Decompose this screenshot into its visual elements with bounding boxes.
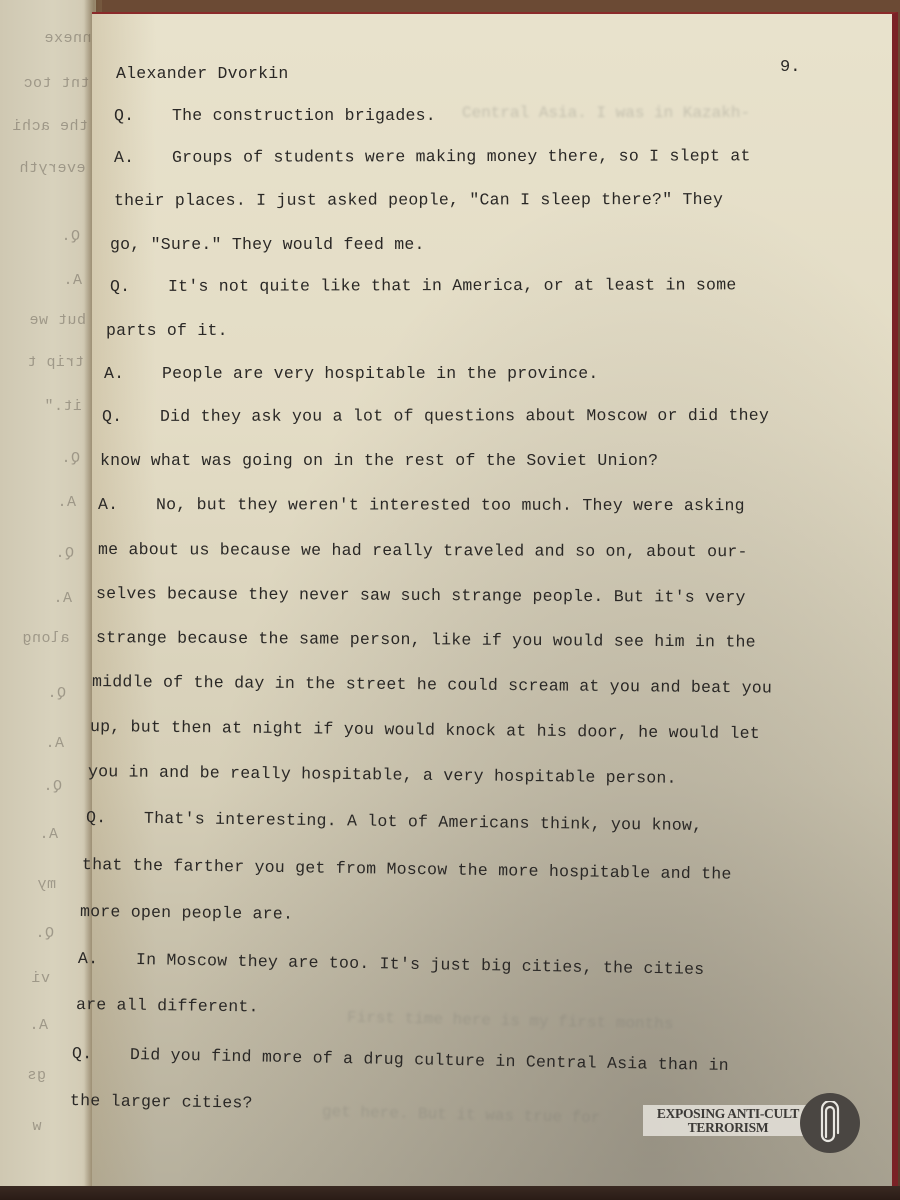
transcript-line: go, "Sure." They would feed me. <box>110 235 425 254</box>
transcript-line: are all different. <box>76 995 259 1016</box>
transcript-line: know what was going on in the rest of th… <box>100 451 658 470</box>
transcript-line: Q.Did they ask you a lot of questions ab… <box>102 406 769 426</box>
line-text: the larger cities? <box>70 1091 253 1113</box>
transcript-line: up, but then at night if you would knock… <box>90 717 760 743</box>
previous-page-text: it." <box>44 398 82 415</box>
previous-page-text: vi <box>31 970 50 987</box>
previous-page-text: trip t <box>27 354 84 371</box>
previous-page-text: A. <box>39 826 58 843</box>
previous-page-text: my <box>37 876 56 893</box>
desk-edge <box>0 1186 900 1200</box>
previous-page-text: Q. <box>55 545 74 562</box>
page-number: 9. <box>780 58 800 77</box>
previous-page-text: Q. <box>43 778 62 795</box>
photo-scene: nnexetnt tocthe achieverythQ.A.but wetri… <box>0 0 900 1200</box>
line-text: more open people are. <box>80 902 293 924</box>
line-text: Groups of students were making money the… <box>172 146 751 167</box>
previous-page-text: Q. <box>35 925 54 942</box>
transcript-line: parts of it. <box>106 321 228 340</box>
line-text: No, but they weren't interested too much… <box>156 495 745 515</box>
bleed-through-text: First time here is my first months <box>347 1009 674 1034</box>
question-marker: Q. <box>110 277 168 296</box>
line-text: Did you find more of a drug culture in C… <box>130 1045 729 1075</box>
transcript-line: middle of the day in the street he could… <box>92 672 772 698</box>
previous-page-text: A. <box>53 590 72 607</box>
previous-page-text: A. <box>63 272 82 289</box>
header-name: Alexander Dvorkin <box>116 64 289 83</box>
line-text: their places. I just asked people, "Can … <box>114 190 723 210</box>
previous-page-text: Q. <box>61 228 80 245</box>
answer-marker: A. <box>114 148 172 167</box>
previous-page-text: Q. <box>47 685 66 702</box>
watermark-line2: TERRORISM <box>643 1121 813 1135</box>
transcript-line: you in and be really hospitable, a very … <box>88 762 677 788</box>
previous-page-text: w <box>32 1118 42 1135</box>
question-marker: Q. <box>72 1044 130 1064</box>
line-text: go, "Sure." They would feed me. <box>110 235 425 254</box>
watermark-line1: EXPOSING ANTI-CULT <box>643 1107 813 1121</box>
transcript-line: Q.The construction brigades. <box>114 106 436 125</box>
line-text: know what was going on in the rest of th… <box>100 451 658 470</box>
bleed-through-text: get here. But it was true for <box>322 1103 601 1127</box>
transcript-line: the larger cities? <box>70 1091 253 1113</box>
previous-page-text: Q. <box>61 450 80 467</box>
watermark-label: EXPOSING ANTI-CULT TERRORISM <box>643 1105 813 1136</box>
watermark-badge: EXPOSING ANTI-CULT TERRORISM <box>643 1093 863 1153</box>
transcript-line: Q.Did you find more of a drug culture in… <box>72 1044 729 1075</box>
transcript-line: selves because they never saw such stran… <box>96 584 746 607</box>
previous-page-text: along <box>22 630 70 647</box>
line-text: selves because they never saw such stran… <box>96 584 746 607</box>
transcript-line: strange because the same person, like if… <box>96 628 756 652</box>
answer-marker: A. <box>78 949 136 969</box>
transcript-line: A.In Moscow they are too. It's just big … <box>78 949 705 979</box>
line-text: that the farther you get from Moscow the… <box>82 855 732 884</box>
question-marker: Q. <box>86 808 144 828</box>
transcript-page: Central Asia. I was in Kazakh- First tim… <box>92 12 898 1194</box>
transcript-line: me about us because we had really travel… <box>98 540 748 561</box>
bleed-through-text: Central Asia. I was in Kazakh- <box>462 104 750 122</box>
line-text: That's interesting. A lot of Americans t… <box>144 809 703 835</box>
line-text: The construction brigades. <box>172 106 436 125</box>
transcript-line: A.Groups of students were making money t… <box>114 146 751 167</box>
line-text: People are very hospitable in the provin… <box>162 364 599 383</box>
transcript-line: that the farther you get from Moscow the… <box>82 855 732 884</box>
transcript-line: A.No, but they weren't interested too mu… <box>98 495 745 515</box>
transcript-line: their places. I just asked people, "Can … <box>114 190 723 210</box>
previous-page-text: the achi <box>12 118 88 135</box>
paperclip-icon <box>800 1093 860 1153</box>
transcript-line: more open people are. <box>80 902 293 924</box>
previous-page-text: gs <box>27 1067 46 1084</box>
line-text: Did they ask you a lot of questions abou… <box>160 406 769 426</box>
line-text: up, but then at night if you would knock… <box>90 717 760 743</box>
line-text: strange because the same person, like if… <box>96 628 756 652</box>
line-text: It's not quite like that in America, or … <box>168 275 737 295</box>
previous-page-text: tnt toc <box>23 75 90 92</box>
previous-page-edge: nnexetnt tocthe achieverythQ.A.but wetri… <box>0 0 96 1200</box>
line-text: you in and be really hospitable, a very … <box>88 762 677 788</box>
transcript-line: A.People are very hospitable in the prov… <box>104 364 599 383</box>
transcript-line: Q.That's interesting. A lot of Americans… <box>86 808 703 835</box>
previous-page-text: everyth <box>19 160 86 177</box>
question-marker: Q. <box>102 407 160 426</box>
previous-page-text: A. <box>45 735 64 752</box>
line-text: In Moscow they are too. It's just big ci… <box>136 950 705 979</box>
transcript-line: Q.It's not quite like that in America, o… <box>110 275 737 296</box>
previous-page-text: A. <box>57 494 76 511</box>
line-text: parts of it. <box>106 321 228 340</box>
previous-page-text: but we <box>29 312 86 329</box>
line-text: middle of the day in the street he could… <box>92 672 772 698</box>
question-marker: Q. <box>114 106 172 125</box>
line-text: me about us because we had really travel… <box>98 540 748 561</box>
line-text: are all different. <box>76 995 259 1016</box>
previous-page-text: A. <box>29 1017 48 1034</box>
answer-marker: A. <box>98 495 156 514</box>
answer-marker: A. <box>104 364 162 383</box>
